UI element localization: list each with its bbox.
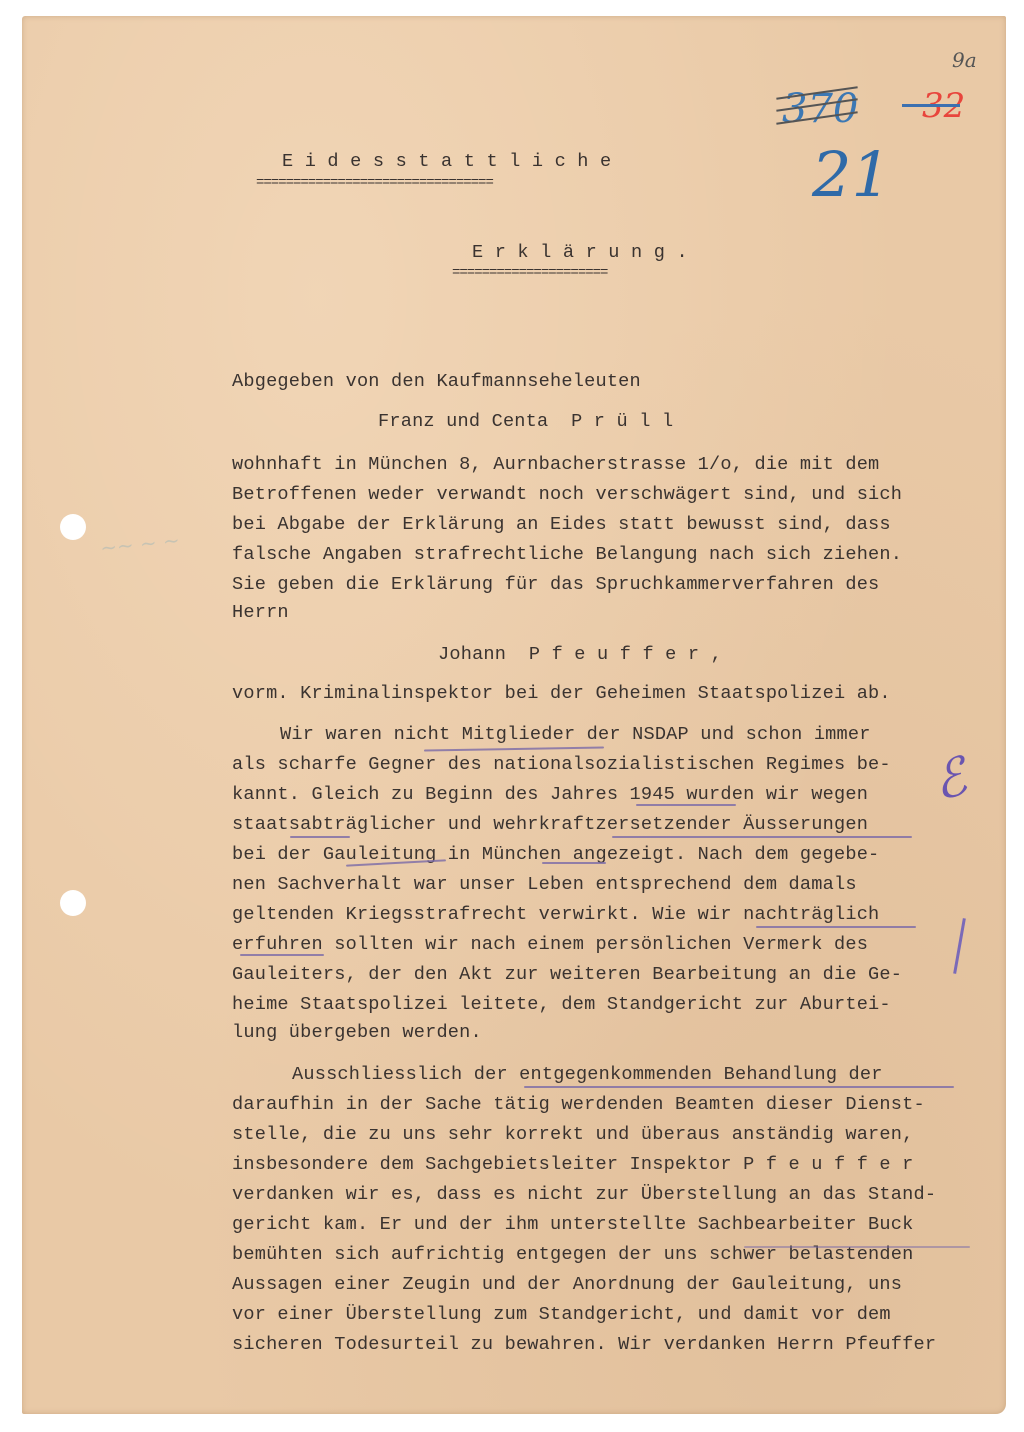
document-line: Aussagen einer Zeugin und der Anordnung … [232,1276,902,1295]
document-line: geltenden Kriegsstrafrecht verwirkt. Wie… [232,906,879,925]
document-line: erfuhren sollten wir nach einem persönli… [232,936,868,955]
document-line: staatsabträglicher und wehrkraftzersetze… [232,816,868,835]
document-line: nen Sachverhalt war unser Leben entsprec… [232,876,857,895]
document-line: insbesondere dem Sachgebietsleiter Inspe… [232,1156,913,1175]
title-line-2: E r k l ä r u n g . [472,244,688,263]
underline [524,1086,954,1088]
document-line: bemühten sich aufrichtig entgegen der un… [232,1246,913,1265]
document-line: bei Abgabe der Erklärung an Eides statt … [232,516,891,535]
underline [542,862,606,864]
document-line: heime Staatspolizei leitete, dem Standge… [232,996,891,1015]
punch-hole [60,890,86,916]
document-line: daraufhin in der Sache tätig werdenden B… [232,1096,925,1115]
folio-number: 21 [812,138,891,211]
document-line: Gauleiters, der den Akt zur weiteren Bea… [232,966,902,985]
underline [612,836,912,838]
underline [744,1246,970,1248]
underline [756,926,916,928]
title-line-1: E i d e s s t a t t l i c h e [282,153,611,172]
document-line: vor einer Überstellung zum Standgericht,… [232,1306,891,1325]
title-rule-1: ================================ [256,176,493,190]
document-line: sicheren Todesurteil zu bewahren. Wir ve… [232,1336,936,1355]
document-line: Ausschliesslich der entgegenkommenden Be… [292,1066,883,1085]
pencil-note: 9a [952,48,977,72]
document-line: Abgegeben von den Kaufmannseheleuten [232,373,641,392]
title-rule-2: ===================== [452,266,607,280]
document-line: kannt. Gleich zu Beginn des Jahres 1945 … [232,786,868,805]
document-line: verdanken wir es, dass es nicht zur Über… [232,1186,936,1205]
document-line: stelle, die zu uns sehr korrekt und über… [232,1126,913,1145]
underline [636,804,736,806]
document-line: als scharfe Gegner des nationalsozialist… [232,756,891,775]
document-line: Johann P f e u f f e r , [438,646,722,665]
document-line: falsche Angaben strafrechtliche Belangun… [232,546,902,565]
strike-line [902,104,960,107]
underline [290,836,350,838]
document-line: wohnhaft in München 8, Aurnbacherstrasse… [232,456,879,475]
document-line: Sie geben die Erklärung für das Spruchka… [232,576,879,595]
document-line: lung übergeben werden. [232,1024,482,1043]
document-line: vorm. Kriminalinspektor bei der Geheimen… [232,685,891,704]
punch-hole [60,514,86,540]
document-line: Franz und Centa P r ü l l [378,413,673,432]
document-line: Betroffenen weder verwandt noch verschwä… [232,486,902,505]
document-line: gericht kam. Er und der ihm unterstellte… [232,1216,913,1235]
document-line: Herrn [232,604,289,623]
underline [240,954,324,956]
document-line: Wir waren nicht Mitglieder der NSDAP und… [280,726,871,745]
